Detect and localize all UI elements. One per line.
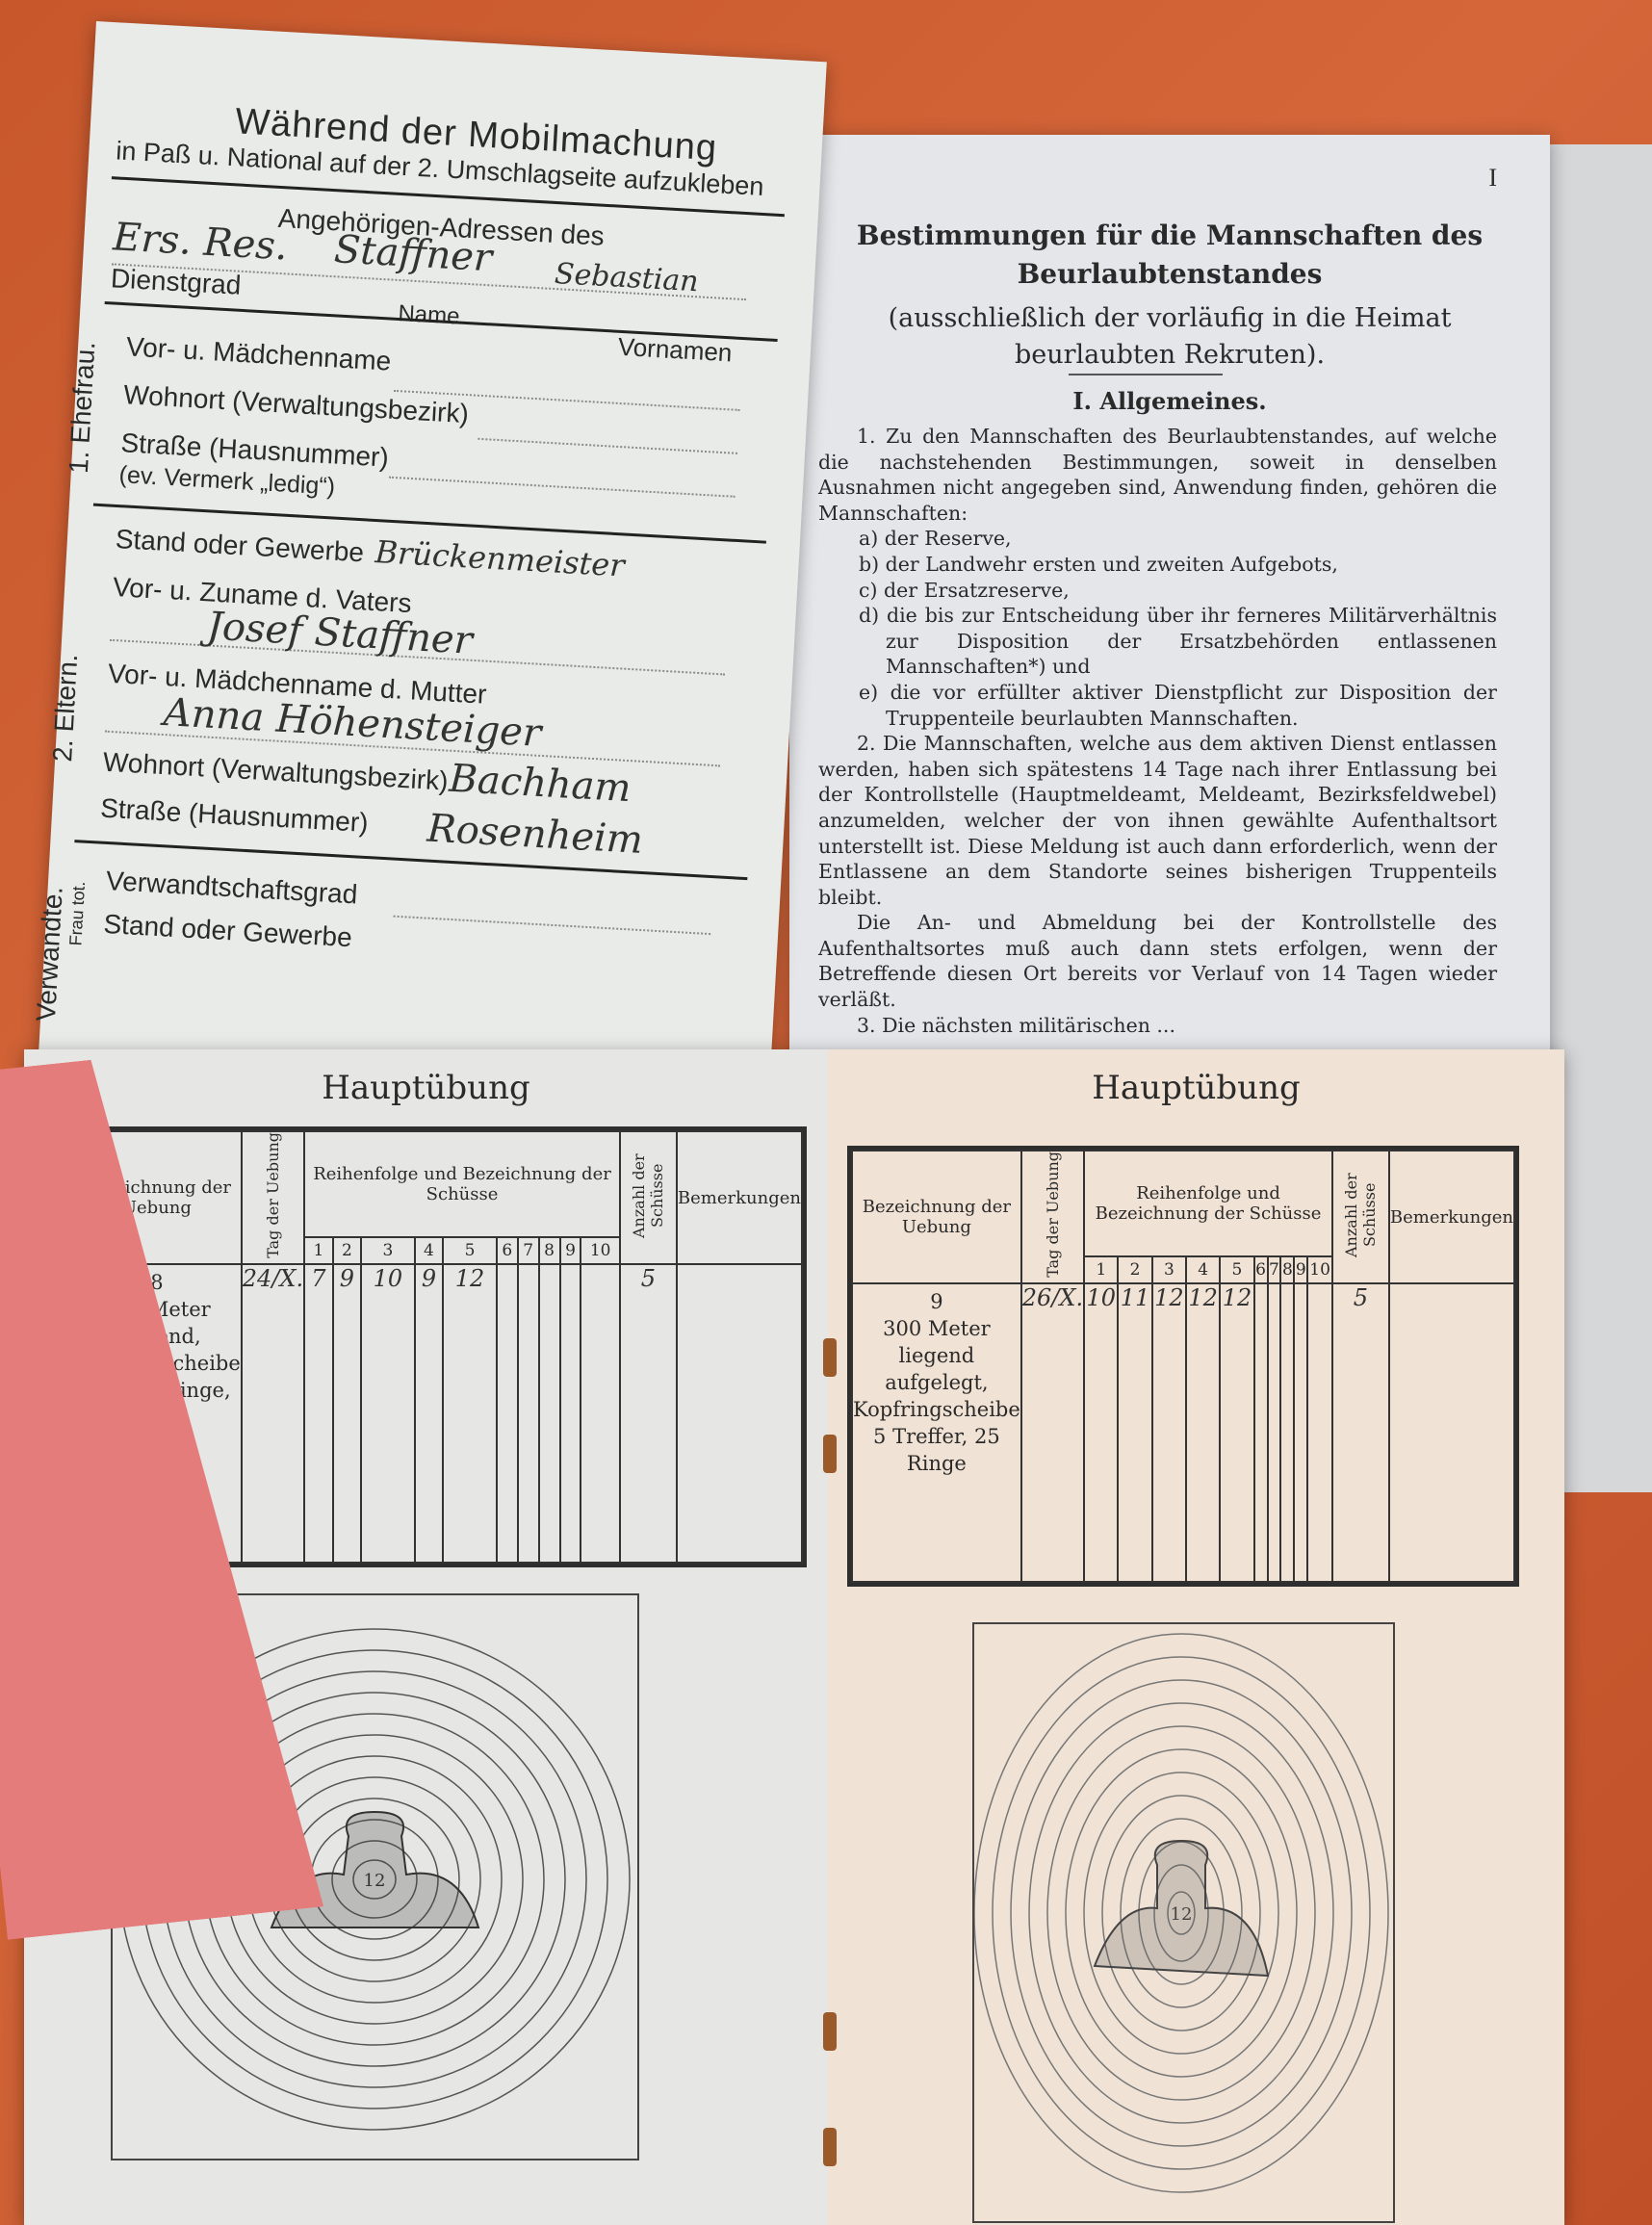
field-label: Stand oder Gewerbe	[115, 524, 365, 568]
shot-cell	[1268, 1283, 1281, 1582]
rank-value: Ers. Res.	[112, 215, 289, 269]
shot-cell: 12	[443, 1264, 497, 1563]
field-label: Stand oder Gewerbe	[103, 909, 353, 953]
field-input-line	[389, 477, 736, 498]
day-cell: 26/X.	[1021, 1283, 1084, 1582]
shot-number: 8	[539, 1237, 560, 1264]
shot-number: 2	[333, 1237, 362, 1264]
section-relatives-label: Verwandte.	[31, 886, 69, 1022]
shot-cell	[497, 1264, 518, 1563]
shot-number: 8	[1280, 1256, 1294, 1283]
shot-cell	[1280, 1283, 1294, 1582]
paragraph-3: Die An- und Abmeldung bei der Kontrollst…	[818, 910, 1497, 1012]
field-value: Rosenheim	[426, 807, 644, 863]
shot-number: 5	[443, 1237, 497, 1264]
list-item: e) die vor erfüllter aktiver Dienstpflic…	[818, 680, 1497, 731]
field-value: Josef Staffner	[206, 604, 474, 662]
page-heading: Hauptübung	[828, 1069, 1564, 1107]
shot-cell: 12	[1152, 1283, 1186, 1582]
shot-number: 1	[304, 1237, 333, 1264]
shot-number: 9	[1294, 1256, 1307, 1283]
regulations-body: 1. Zu den Mannschaften des Beurlaubtenst…	[818, 424, 1497, 1038]
divider	[1069, 374, 1223, 375]
col-exercise: Bezeichnung der Uebung	[852, 1151, 1021, 1283]
day-cell: 24/X.	[242, 1264, 304, 1563]
shot-cell	[518, 1264, 539, 1563]
col-day: Tag der Uebung	[1021, 1151, 1084, 1283]
section-relatives-sublabel: Frau tot.	[65, 881, 90, 946]
shot-cell: 11	[1118, 1283, 1151, 1582]
shot-number: 3	[1152, 1256, 1186, 1283]
list-item: d) die bis zur Entscheidung über ihr fer…	[818, 603, 1497, 680]
list-item: c) der Ersatzreserve,	[818, 578, 1497, 604]
shot-number: 1	[1084, 1256, 1118, 1283]
field-value: Brückenmeister	[374, 533, 626, 583]
name-label: Name	[398, 300, 460, 331]
paragraph-1: 1. Zu den Mannschaften des Beurlaubtenst…	[818, 424, 1497, 526]
count-cell: 5	[1332, 1283, 1389, 1582]
shot-number: 10	[581, 1237, 619, 1264]
shot-number: 4	[1186, 1256, 1220, 1283]
shot-cell: 10	[1084, 1283, 1118, 1582]
field-label: Verwandtschaftsgrad	[105, 866, 358, 911]
shot-number: 4	[415, 1237, 444, 1264]
staple	[823, 2012, 837, 2051]
shot-number: 9	[560, 1237, 581, 1264]
shot-cell	[560, 1264, 581, 1563]
field-value: Bachham	[448, 757, 632, 811]
shot-cell: 12	[1220, 1283, 1253, 1582]
field-label: Wohnort (Verwaltungsbezirk)	[122, 379, 469, 429]
rank-label: Dienstgrad	[110, 263, 242, 301]
address-form-page: Während der Mobilmachung in Paß u. Natio…	[38, 21, 827, 1110]
col-sequence: Reihenfolge und Bezeichnung der Schüsse	[304, 1131, 620, 1237]
shot-number: 7	[1268, 1256, 1281, 1283]
staple	[823, 1435, 837, 1473]
ring-target-diagram: 12	[972, 1622, 1395, 2223]
shooting-table: Bezeichnung der Uebung Tag der Uebung Re…	[847, 1146, 1519, 1587]
section-parents-label: 2. Eltern.	[47, 653, 84, 763]
col-count: Anzahl der Schüsse	[1332, 1151, 1389, 1283]
svg-text:12: 12	[1171, 1904, 1193, 1925]
shot-number: 7	[518, 1237, 539, 1264]
regulations-subtitle: (ausschließlich der vorläufig in die Hei…	[789, 300, 1550, 374]
field-input-line	[478, 438, 737, 454]
table-row: 9 300 Meter liegend aufgelegt, Kopfrings…	[852, 1283, 1514, 1582]
col-remarks: Bemerkungen	[677, 1131, 802, 1264]
shot-number: 10	[1307, 1256, 1332, 1283]
list-item: a) der Reserve,	[818, 526, 1497, 552]
paragraph-4: 3. Die nächsten militärischen ...	[818, 1013, 1497, 1039]
shot-number: 2	[1118, 1256, 1151, 1283]
field-label: Vor- u. Mädchenname	[125, 331, 392, 376]
staple	[823, 1338, 837, 1377]
staple	[823, 2128, 837, 2166]
shot-cell	[1254, 1283, 1268, 1582]
shot-cell	[1294, 1283, 1307, 1582]
count-cell: 5	[620, 1264, 677, 1563]
shot-cell	[1307, 1283, 1332, 1582]
shot-number: 3	[361, 1237, 415, 1264]
shot-cell: 9	[415, 1264, 444, 1563]
target-rings-icon: 12	[974, 1624, 1393, 2221]
paragraph-2: 2. Die Mannschaften, welche aus dem akti…	[818, 731, 1497, 910]
shot-cell: 12	[1186, 1283, 1220, 1582]
shot-cell: 9	[333, 1264, 362, 1563]
col-day: Tag der Uebung	[242, 1131, 304, 1264]
remarks-cell	[677, 1264, 802, 1563]
svg-text:12: 12	[364, 1871, 386, 1891]
remarks-cell	[1389, 1283, 1514, 1582]
shot-number: 5	[1220, 1256, 1253, 1283]
shot-cell	[539, 1264, 560, 1563]
shot-number: 6	[497, 1237, 518, 1264]
regulations-page: I Bestimmungen für die Mannschaften des …	[789, 135, 1550, 1078]
section-wife-label: 1. Ehefrau.	[64, 341, 102, 475]
shot-cell: 7	[304, 1264, 333, 1563]
col-sequence: Reihenfolge und Bezeichnung der Schüsse	[1084, 1151, 1332, 1256]
field-label: Wohnort (Verwaltungsbezirk)	[102, 747, 449, 797]
field-label: Straße (Hausnummer)	[99, 793, 369, 839]
shooting-record-booklet: Hauptübung Bezeichnung der Uebung Tag de…	[24, 1049, 1564, 2225]
field-input-line	[394, 916, 711, 935]
shot-cell	[581, 1264, 619, 1563]
name-value: Staffner	[333, 227, 494, 280]
exercise-cell: 9 300 Meter liegend aufgelegt, Kopfrings…	[852, 1283, 1021, 1582]
right-page: Hauptübung Bezeichnung der Uebung Tag de…	[828, 1049, 1564, 2225]
col-remarks: Bemerkungen	[1389, 1151, 1514, 1283]
section-heading: I. Allgemeines.	[789, 387, 1550, 415]
page-heading: Hauptübung	[24, 1069, 828, 1107]
regulations-title: Bestimmungen für die Mannschaften des Be…	[789, 217, 1550, 294]
page-number: I	[1488, 164, 1497, 193]
list-item: b) der Landwehr ersten und zweiten Aufge…	[818, 552, 1497, 578]
shot-cell: 10	[361, 1264, 415, 1563]
col-count: Anzahl der Schüsse	[620, 1131, 677, 1264]
shot-number: 6	[1254, 1256, 1268, 1283]
